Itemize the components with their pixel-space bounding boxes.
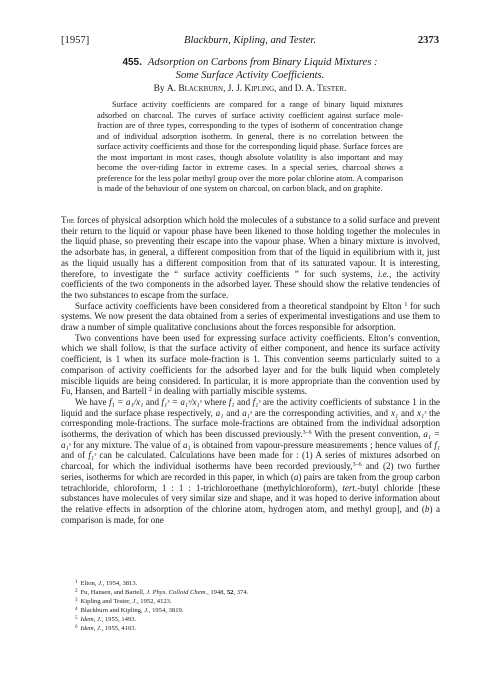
footnote-5: 5Idem, J., 1955, 1493. xyxy=(75,615,375,624)
author-2: J. J. Kipling xyxy=(228,84,274,94)
byline: By A. Blackburn, J. J. Kipling, and D. A… xyxy=(61,83,439,96)
equation-f1s: f₁ˢ = a₁ˢ/x₁ˢ xyxy=(162,397,202,407)
footnote-3: 3Kipling and Tester, J., 1952, 4123. xyxy=(75,597,375,606)
article-body: The forces of physical adsorption which … xyxy=(61,215,440,525)
footnote-4: 4Blackburn and Kipling, J., 1954, 3819. xyxy=(75,606,375,615)
title-line-2: Some Surface Activity Coefficients. xyxy=(61,69,439,82)
journal-page: [1957] Blackburn, Kipling, and Tester. 2… xyxy=(0,0,500,679)
article-title: 455.Adsorption on Carbons from Binary Li… xyxy=(61,56,439,69)
paragraph-2: Surface activity coefficients have been … xyxy=(61,301,440,333)
citation-3-6b: 3–6 xyxy=(353,462,362,468)
title-line-1: Adsorption on Carbons from Binary Liquid… xyxy=(148,57,378,68)
article-number: 455. xyxy=(122,57,141,68)
paragraph-1: The forces of physical adsorption which … xyxy=(61,215,440,301)
page-number: 2373 xyxy=(418,34,439,48)
equation-f1: f₁ = a₁/x₁ xyxy=(109,397,143,407)
article-title-block: 455.Adsorption on Carbons from Binary Li… xyxy=(61,56,439,96)
footnote-2: 2Fu, Hansen, and Bartell, J. Phys. Collo… xyxy=(75,588,375,597)
author-1: A. Blackburn xyxy=(167,84,223,94)
abstract: Surface activity coefficients are compar… xyxy=(97,100,403,195)
abstract-text: Surface activity coefficients are compar… xyxy=(97,100,403,195)
footnotes: 1Elton, J., 1954, 3813. 2Fu, Hansen, and… xyxy=(75,579,375,632)
paragraph-3: Two conventions have been used for expre… xyxy=(61,333,440,397)
author-3: D. A. Tester xyxy=(295,84,344,94)
footnote-6: 6Idem, J., 1955, 4103. xyxy=(75,624,375,633)
running-head: [1957] Blackburn, Kipling, and Tester. 2… xyxy=(61,34,439,48)
paragraph-4: We have f₁ = a₁/x₁ and f₁ˢ = a₁ˢ/x₁ˢ whe… xyxy=(61,397,440,525)
footnote-1: 1Elton, J., 1954, 3813. xyxy=(75,579,375,588)
running-head-authors: Blackburn, Kipling, and Tester. xyxy=(61,34,439,48)
citation-3-6: 3–6 xyxy=(303,430,312,436)
